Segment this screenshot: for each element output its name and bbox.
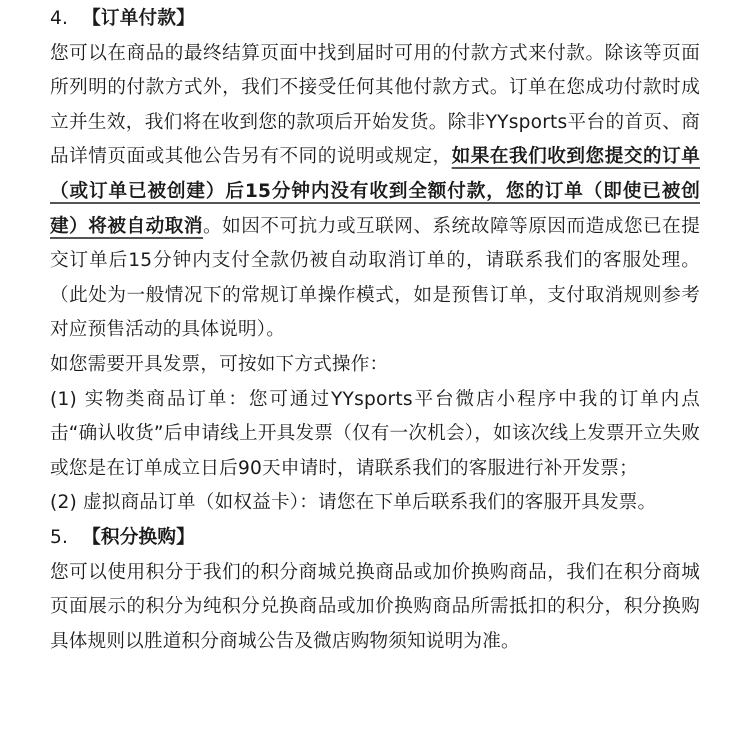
section-number: 4.	[50, 8, 68, 29]
section-title: 【积分换购】	[82, 527, 195, 548]
section-title: 【订单付款】	[82, 8, 195, 29]
points-paragraph: 您可以使用积分于我们的积分商城兑换商品或加价换购商品，我们在积分商城页面展示的积…	[50, 556, 700, 660]
invoice-intro: 如您需要开具发票，可按如下方式操作：	[50, 348, 700, 383]
section-4-heading: 4.【订单付款】	[50, 2, 700, 37]
invoice-item-virtual: (2) 虚拟商品订单（如权益卡）：请您在下单后联系我们的客服开具发票。	[50, 486, 700, 521]
invoice-item-physical: (1) 实物类商品订单：您可通过YYsports平台微店小程序中我的订单内点击“…	[50, 383, 700, 487]
terms-document: 4.【订单付款】 您可以在商品的最终结算页面中找到届时可用的付款方式来付款。除该…	[50, 2, 700, 659]
payment-paragraph: 您可以在商品的最终结算页面中找到届时可用的付款方式来付款。除该等页面所列明的付款…	[50, 37, 700, 348]
section-number: 5.	[50, 527, 68, 548]
section-5-heading: 5.【积分换购】	[50, 521, 700, 556]
